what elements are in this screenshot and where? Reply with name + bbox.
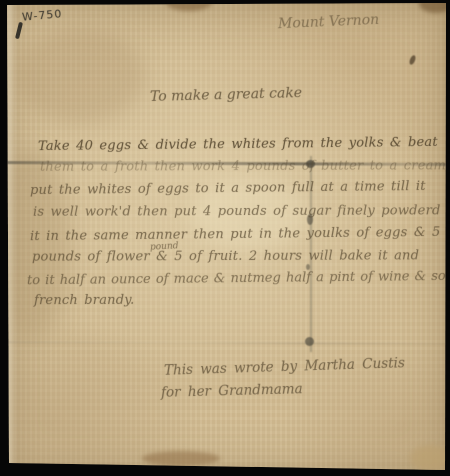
ink-speck — [408, 54, 416, 65]
recipe-title: To make a great cake — [150, 85, 302, 105]
recipe-line: to it half an ounce of mace & nutmeg hal… — [27, 269, 450, 289]
attribution-line: for her Grandmama — [161, 381, 303, 401]
recipe-line: french brandy. — [34, 293, 134, 308]
recipe-line: it in the same manner then put in the yo… — [30, 225, 441, 244]
attribution-line: This was wrote by Martha Custis — [164, 355, 405, 379]
superscript-insertion: pound — [150, 241, 179, 252]
stain-bottom-right-corner — [410, 445, 450, 471]
crease-ink-blot — [305, 337, 314, 346]
manuscript-paper: W-750 Mount Vernon To make a great cake … — [0, 0, 450, 476]
recipe-line: them to a froth then work 4 pounds of bu… — [40, 158, 450, 174]
paper-edge-highlight — [7, 0, 17, 476]
stain-bottom-edge — [142, 451, 220, 466]
crease-ink-blot — [306, 264, 310, 270]
paper-mottling — [15, 28, 145, 123]
place-line: Mount Vernon — [278, 12, 380, 32]
recipe-line: Take 40 eggs & divide the whites from th… — [38, 135, 438, 154]
stain-top-right-corner — [419, 0, 450, 13]
stain-top-edge — [166, 0, 212, 11]
horizontal-fold-crease-lower — [6, 341, 446, 345]
manuscript-photo: W-750 Mount Vernon To make a great cake … — [0, 0, 450, 476]
archive-number: W-750 — [22, 7, 63, 23]
recipe-line: pounds of flower & 5 of fruit. 2 hours w… — [32, 248, 419, 264]
recipe-line: is well work'd then put 4 pounds of suga… — [33, 203, 450, 219]
recipe-line: put the whites of eggs to it a spoon ful… — [30, 179, 426, 198]
